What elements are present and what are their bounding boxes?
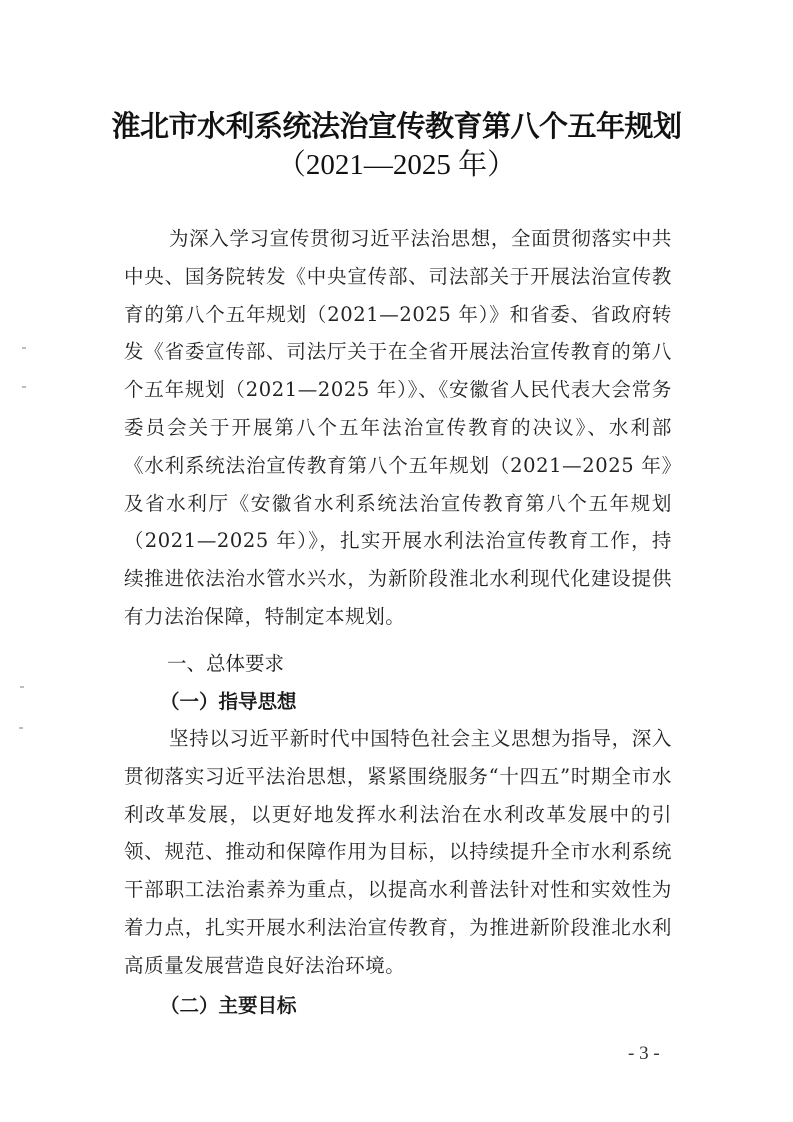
subsection-heading-main-goals: （二）主要目标 bbox=[160, 990, 297, 1018]
intro-paragraph: 为深入学习宣传贯彻习近平法治思想，全面贯彻落实中共中央、国务院转发《中央宣传部、… bbox=[124, 220, 672, 636]
intro-section: 为深入学习宣传贯彻习近平法治思想，全面贯彻落实中共中央、国务院转发《中央宣传部、… bbox=[124, 220, 672, 636]
guiding-ideology-section: 坚持以习近平新时代中国特色社会主义思想为指导，深入贯彻落实习近平法治思想，紧紧围… bbox=[124, 720, 672, 985]
subsection-heading-guiding-ideology: （一）指导思想 bbox=[160, 686, 297, 714]
scan-speck bbox=[20, 686, 24, 688]
page-number: - 3 - bbox=[628, 1043, 660, 1065]
scan-speck bbox=[19, 727, 23, 729]
guiding-ideology-paragraph: 坚持以习近平新时代中国特色社会主义思想为指导，深入贯彻落实习近平法治思想，紧紧围… bbox=[124, 720, 672, 985]
scan-speck bbox=[22, 347, 26, 349]
document-title: 淮北市水利系统法治宣传教育第八个五年规划 bbox=[0, 104, 793, 145]
scan-speck bbox=[22, 386, 26, 388]
section-heading-general-requirements: 一、总体要求 bbox=[167, 648, 284, 676]
document-subtitle: （2021—2025 年） bbox=[0, 142, 793, 183]
